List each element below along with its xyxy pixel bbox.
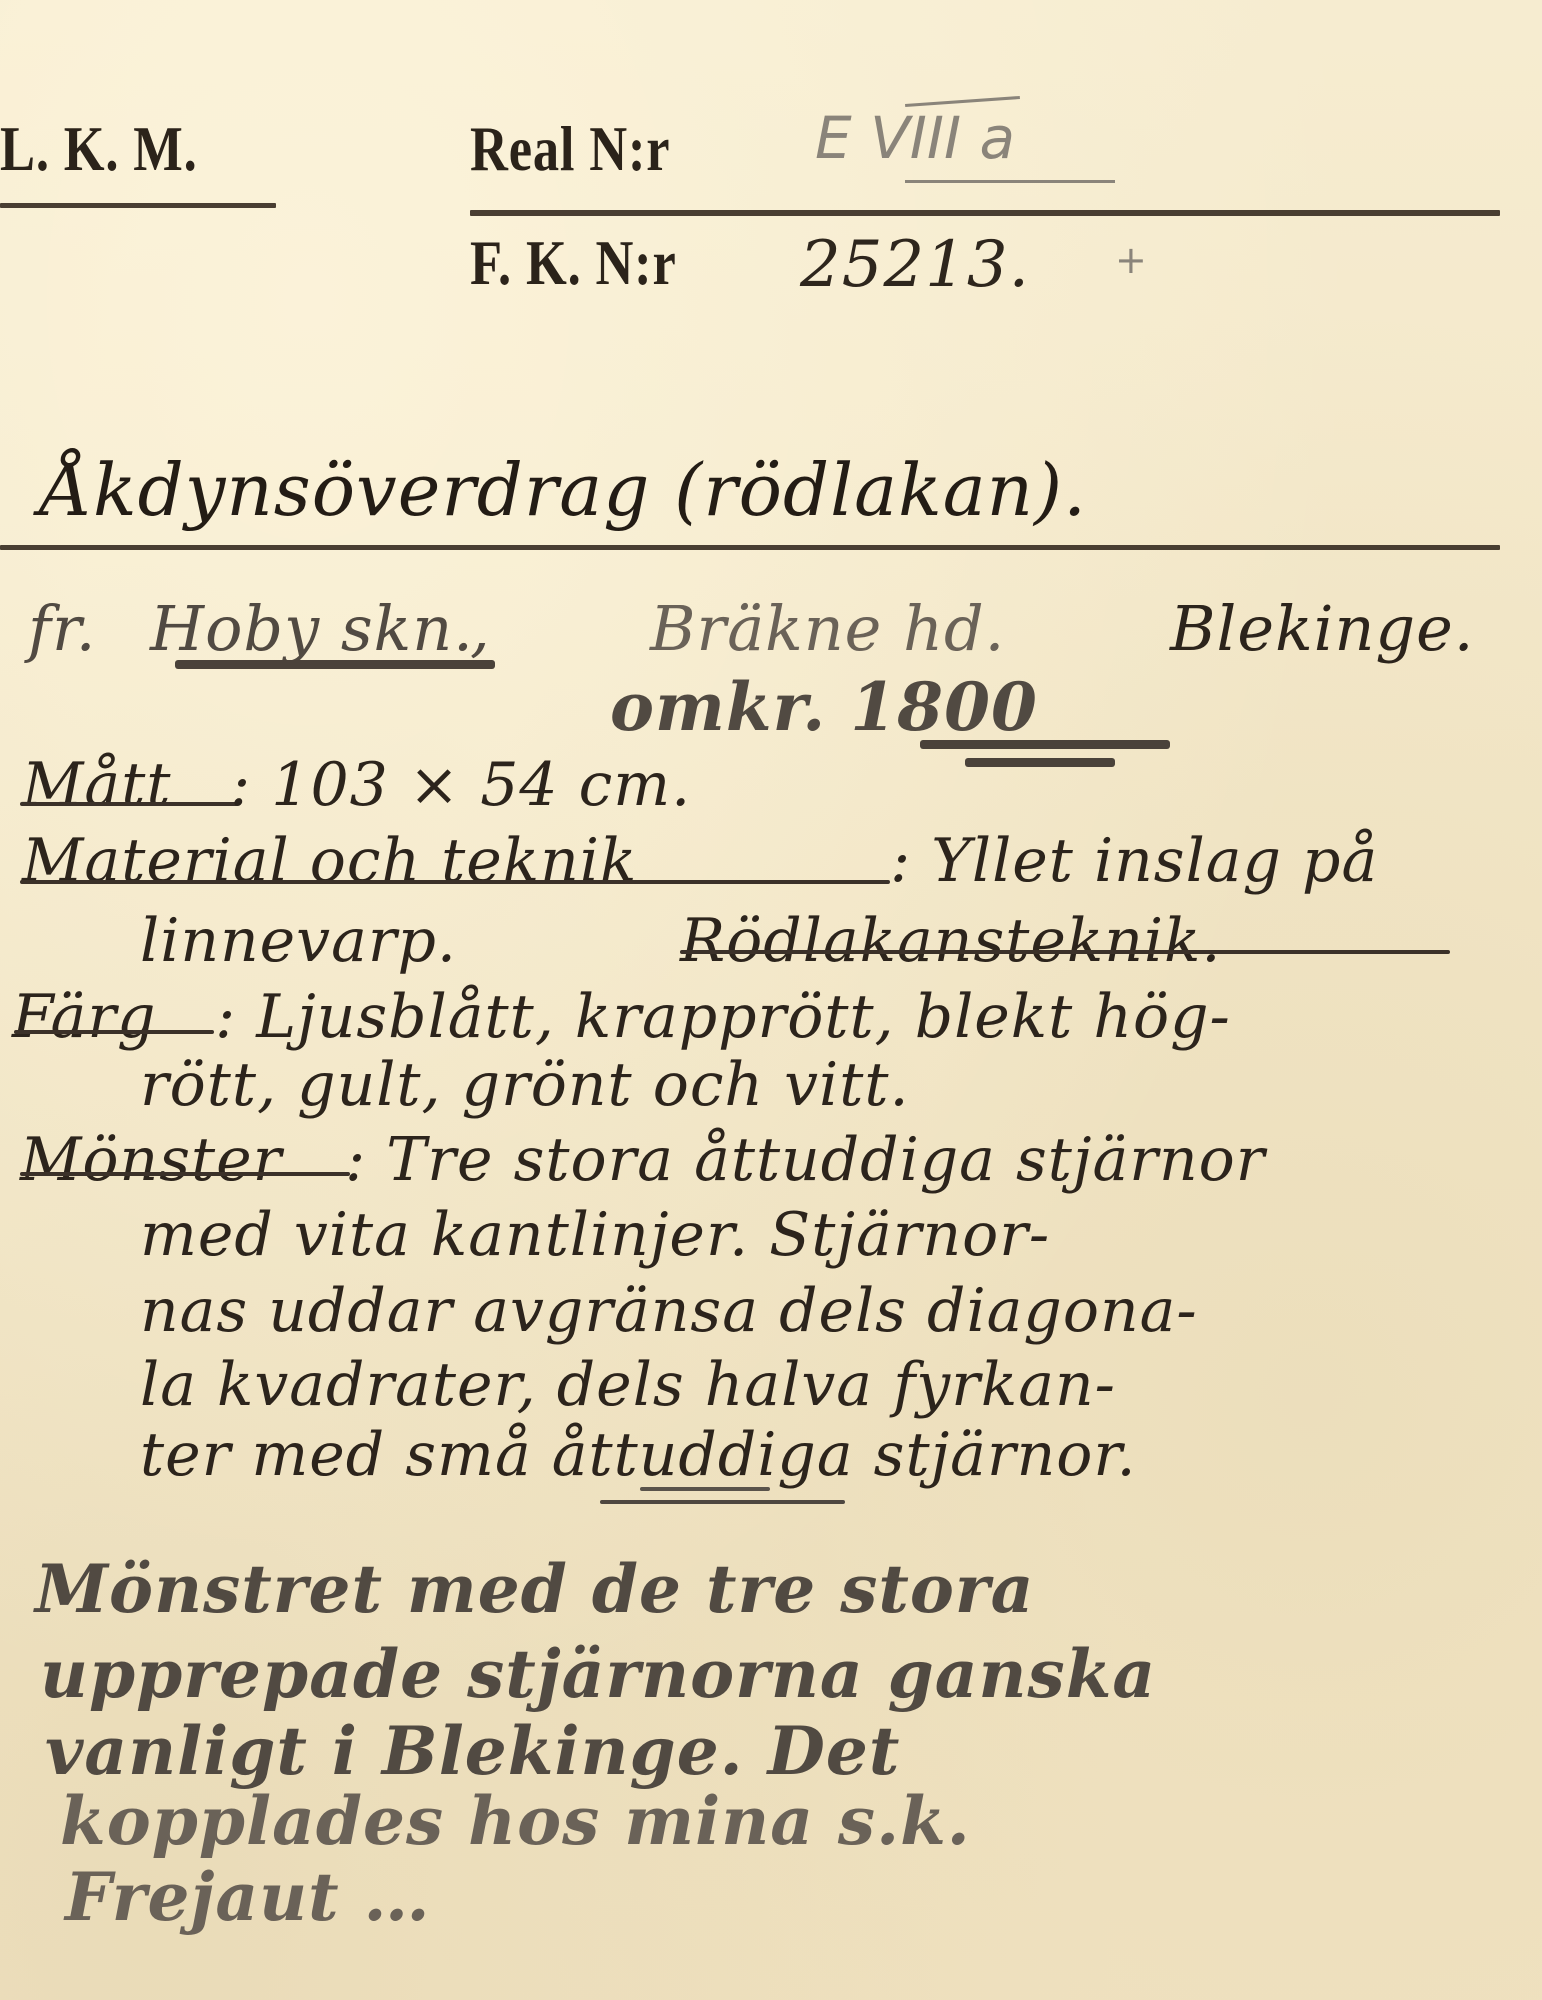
pencil-underline	[905, 180, 1115, 183]
title-rule	[0, 545, 1500, 550]
dating-underline-2	[965, 758, 1115, 767]
dating: omkr. 1800	[610, 668, 1038, 746]
note-line1: Mönstret med de tre stora	[35, 1550, 1034, 1628]
color-value-line1: : Ljusblått, krapprött, blekt hög-	[215, 982, 1231, 1052]
header-rule-right	[470, 210, 1500, 216]
pattern-label: Mönster	[20, 1125, 282, 1195]
institution-mark: L. K. M.	[0, 112, 198, 186]
provenance-district: Bräkne hd.	[650, 592, 1005, 665]
measurements-label: Mått	[22, 750, 171, 820]
fk-nr-label: F. K. N:r	[470, 226, 677, 300]
separator-flourish-bottom	[600, 1500, 845, 1504]
material-label: Material och teknik	[22, 826, 637, 896]
pattern-value-line3: nas uddar avgränsa dels diagona-	[140, 1276, 1198, 1346]
real-nr-label: Real N:r	[470, 112, 670, 186]
measurements-value: : 103 × 54 cm.	[230, 750, 691, 820]
material-value-line2-b: Rödlakansteknik.	[680, 906, 1221, 976]
measurements-underline	[20, 802, 238, 806]
color-label: Färg	[12, 982, 156, 1052]
provenance-prefix: fr.	[28, 592, 96, 665]
provenance-separator: ,	[470, 592, 491, 665]
pattern-value-line2: med vita kantlinjer. Stjärnor-	[140, 1200, 1050, 1270]
provenance-province: Blekinge.	[1170, 592, 1475, 665]
material-value-line2-a: linnevarp.	[140, 906, 457, 976]
parish-underline	[175, 660, 495, 669]
note-line3: vanligt i Blekinge. Det	[45, 1712, 900, 1790]
dating-underline-1	[920, 740, 1170, 749]
header-rule-left	[0, 203, 276, 208]
material-value-line1: : Yllet inslag på	[890, 826, 1378, 896]
pattern-underline	[20, 1172, 350, 1176]
note-line5: Frejaut …	[65, 1858, 431, 1936]
real-nr-value: E VIII a	[815, 104, 1015, 172]
fk-nr-mark: +	[1115, 238, 1147, 282]
color-value-line2: rött, gult, grönt och vitt.	[140, 1050, 910, 1120]
material-underline	[20, 880, 890, 884]
pattern-value-line4: la kvadrater, dels halva fyrkan-	[140, 1350, 1116, 1420]
fk-nr-value: 25213.	[800, 228, 1030, 302]
separator-flourish-top	[640, 1487, 770, 1491]
pattern-value-line5: ter med små åttuddiga stjärnor.	[140, 1420, 1137, 1490]
pattern-value-line1: : Tre stora åttuddiga stjärnor	[345, 1125, 1265, 1195]
object-title: Åkdynsöverdrag (rödlakan).	[40, 448, 1087, 532]
technique-underline	[680, 950, 1450, 954]
note-line4: kopplades hos mina s.k.	[60, 1782, 971, 1860]
provenance-parish: Hoby skn.	[150, 592, 474, 665]
color-underline	[14, 1030, 214, 1034]
note-line2: upprepade stjärnorna ganska	[40, 1635, 1156, 1713]
